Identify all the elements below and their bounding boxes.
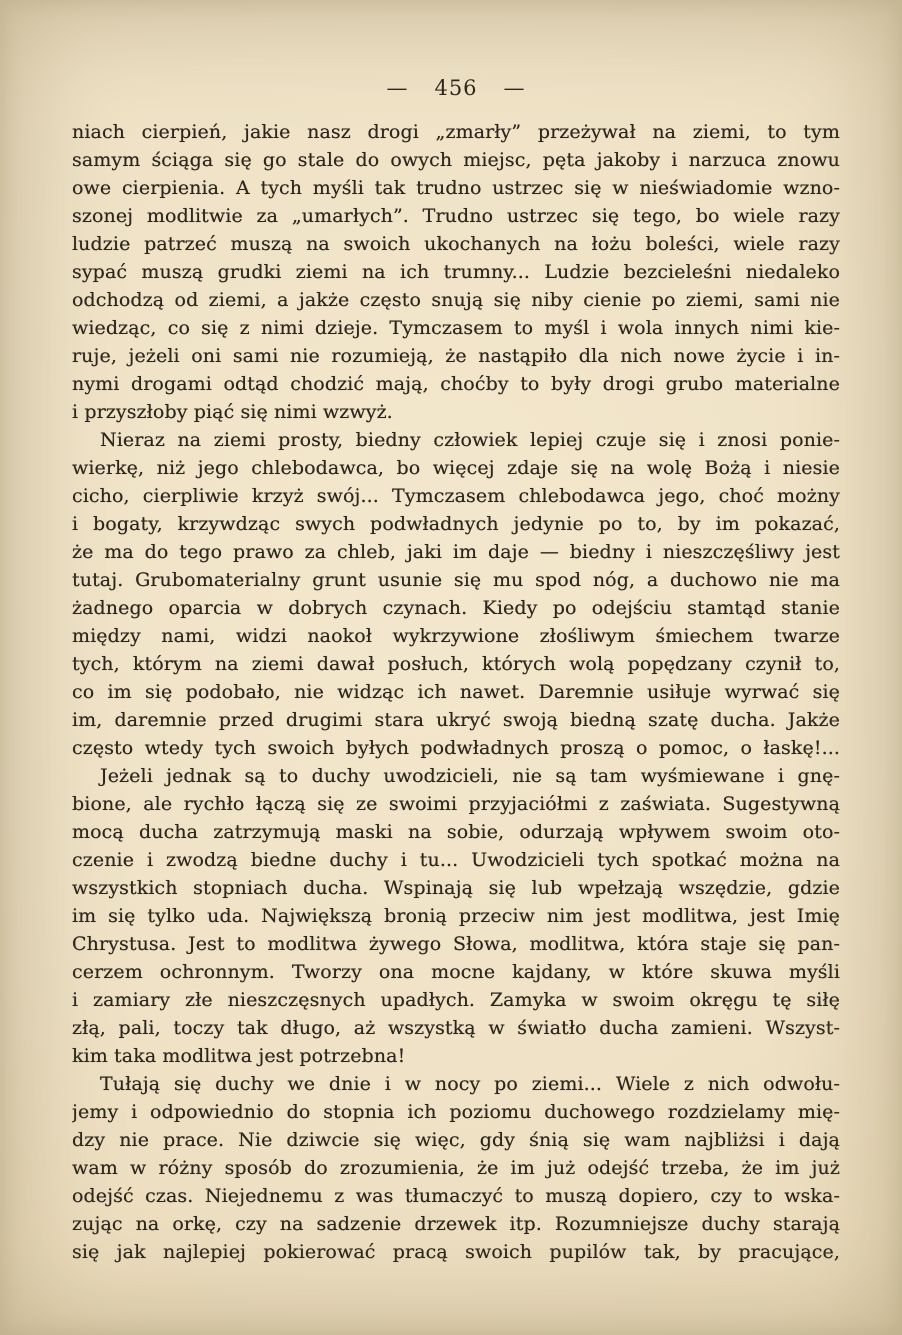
text-line: cerzem ochronnym. Tworzy ona mocne kajda…	[72, 958, 840, 986]
text-line: zując na orkę, czy na sadzenie drzewek i…	[72, 1210, 840, 1238]
header-right-dash: —	[504, 76, 526, 100]
paragraph: Tułają się duchy we dnie i w nocy po zie…	[72, 1070, 840, 1266]
text-line: tutaj. Grubomaterialny grunt usunie się …	[72, 566, 840, 594]
text-line: i bogaty, krzywdząc swych podwładnych je…	[72, 510, 840, 538]
text-line: i przyszłoby piąć się nimi wzwyż.	[72, 398, 840, 426]
text-line: nymi drogami odtąd chodzić mają, choćby …	[72, 370, 840, 398]
text-line: między nami, widzi naokoł wykrzywione zł…	[72, 622, 840, 650]
text-line: złą, pali, toczy tak długo, aż wszystką …	[72, 1014, 840, 1042]
header-left-dash: —	[386, 76, 408, 100]
text-line: mocą ducha zatrzymują maski na sobie, od…	[72, 818, 840, 846]
text-line: Nieraz na ziemi prosty, biedny człowiek …	[72, 426, 840, 454]
text-line: szonej modlitwie za „umarłych”. Trudno u…	[72, 202, 840, 230]
text-line: odejść czas. Niejednemu z was tłumaczyć …	[72, 1182, 840, 1210]
text-line: Tułają się duchy we dnie i w nocy po zie…	[72, 1070, 840, 1098]
text-line: wszystkich stopniach ducha. Wspinają się…	[72, 874, 840, 902]
text-line: się jak najlepiej pokierować pracą swoic…	[72, 1238, 840, 1266]
text-line: co im się podobało, nie widząc ich nawet…	[72, 678, 840, 706]
text-line: wiedząc, co się z nimi dzieje. Tymczasem…	[72, 314, 840, 342]
text-line: ruje, jeżeli oni sami nie rozumieją, że …	[72, 342, 840, 370]
text-line: Chrystusa. Jest to modlitwa żywego Słowa…	[72, 930, 840, 958]
scanned-book-page: —456— niach cierpień, jakie nasz drogi „…	[0, 0, 902, 1335]
text-line: że ma do tego prawo za chleb, jaki im da…	[72, 538, 840, 566]
text-line: Jeżeli jednak są to duchy uwodzicieli, n…	[72, 762, 840, 790]
text-line: ludzie patrzeć muszą na swoich ukochanyc…	[72, 230, 840, 258]
text-block: niach cierpień, jakie nasz drogi „zmarły…	[72, 118, 840, 1266]
text-line: żadnego oparcia w dobrych czynach. Kiedy…	[72, 594, 840, 622]
text-line: niach cierpień, jakie nasz drogi „zmarły…	[72, 118, 840, 146]
text-line: często wtedy tych swoich byłych podwładn…	[72, 734, 840, 762]
page-header: —456—	[72, 76, 840, 100]
text-line: cicho, cierpliwie krzyż swój... Tymczase…	[72, 482, 840, 510]
paragraph: Jeżeli jednak są to duchy uwodzicieli, n…	[72, 762, 840, 1070]
text-line: odchodzą od ziemi, a jakże często snują …	[72, 286, 840, 314]
text-line: tych, którym na ziemi dawał posłuch, któ…	[72, 650, 840, 678]
text-line: sypać muszą grudki ziemi na ich trumny..…	[72, 258, 840, 286]
paragraph: Nieraz na ziemi prosty, biedny człowiek …	[72, 426, 840, 762]
text-line: bione, ale rychło łączą się ze swoimi pr…	[72, 790, 840, 818]
text-line: i zamiary złe nieszczęsnych upadłych. Za…	[72, 986, 840, 1014]
text-line: wierkę, niż jego chlebodawca, bo więcej …	[72, 454, 840, 482]
text-line: czenie i zwodzą biedne duchy i tu... Uwo…	[72, 846, 840, 874]
text-line: kim taka modlitwa jest potrzebna!	[72, 1042, 840, 1070]
text-line: samym ściąga się go stale do owych miejs…	[72, 146, 840, 174]
page-number: 456	[434, 76, 477, 100]
text-line: wam w różny sposób do zrozumienia, że im…	[72, 1154, 840, 1182]
text-line: im się tylko uda. Największą bronią prze…	[72, 902, 840, 930]
text-line: dzy nie prace. Nie dziwcie się więc, gdy…	[72, 1126, 840, 1154]
text-line: jemy i odpowiednio do stopnia ich poziom…	[72, 1098, 840, 1126]
text-line: owe cierpienia. A tych myśli tak trudno …	[72, 174, 840, 202]
paragraph: niach cierpień, jakie nasz drogi „zmarły…	[72, 118, 840, 426]
text-line: im, daremnie przed drugimi stara ukryć s…	[72, 706, 840, 734]
